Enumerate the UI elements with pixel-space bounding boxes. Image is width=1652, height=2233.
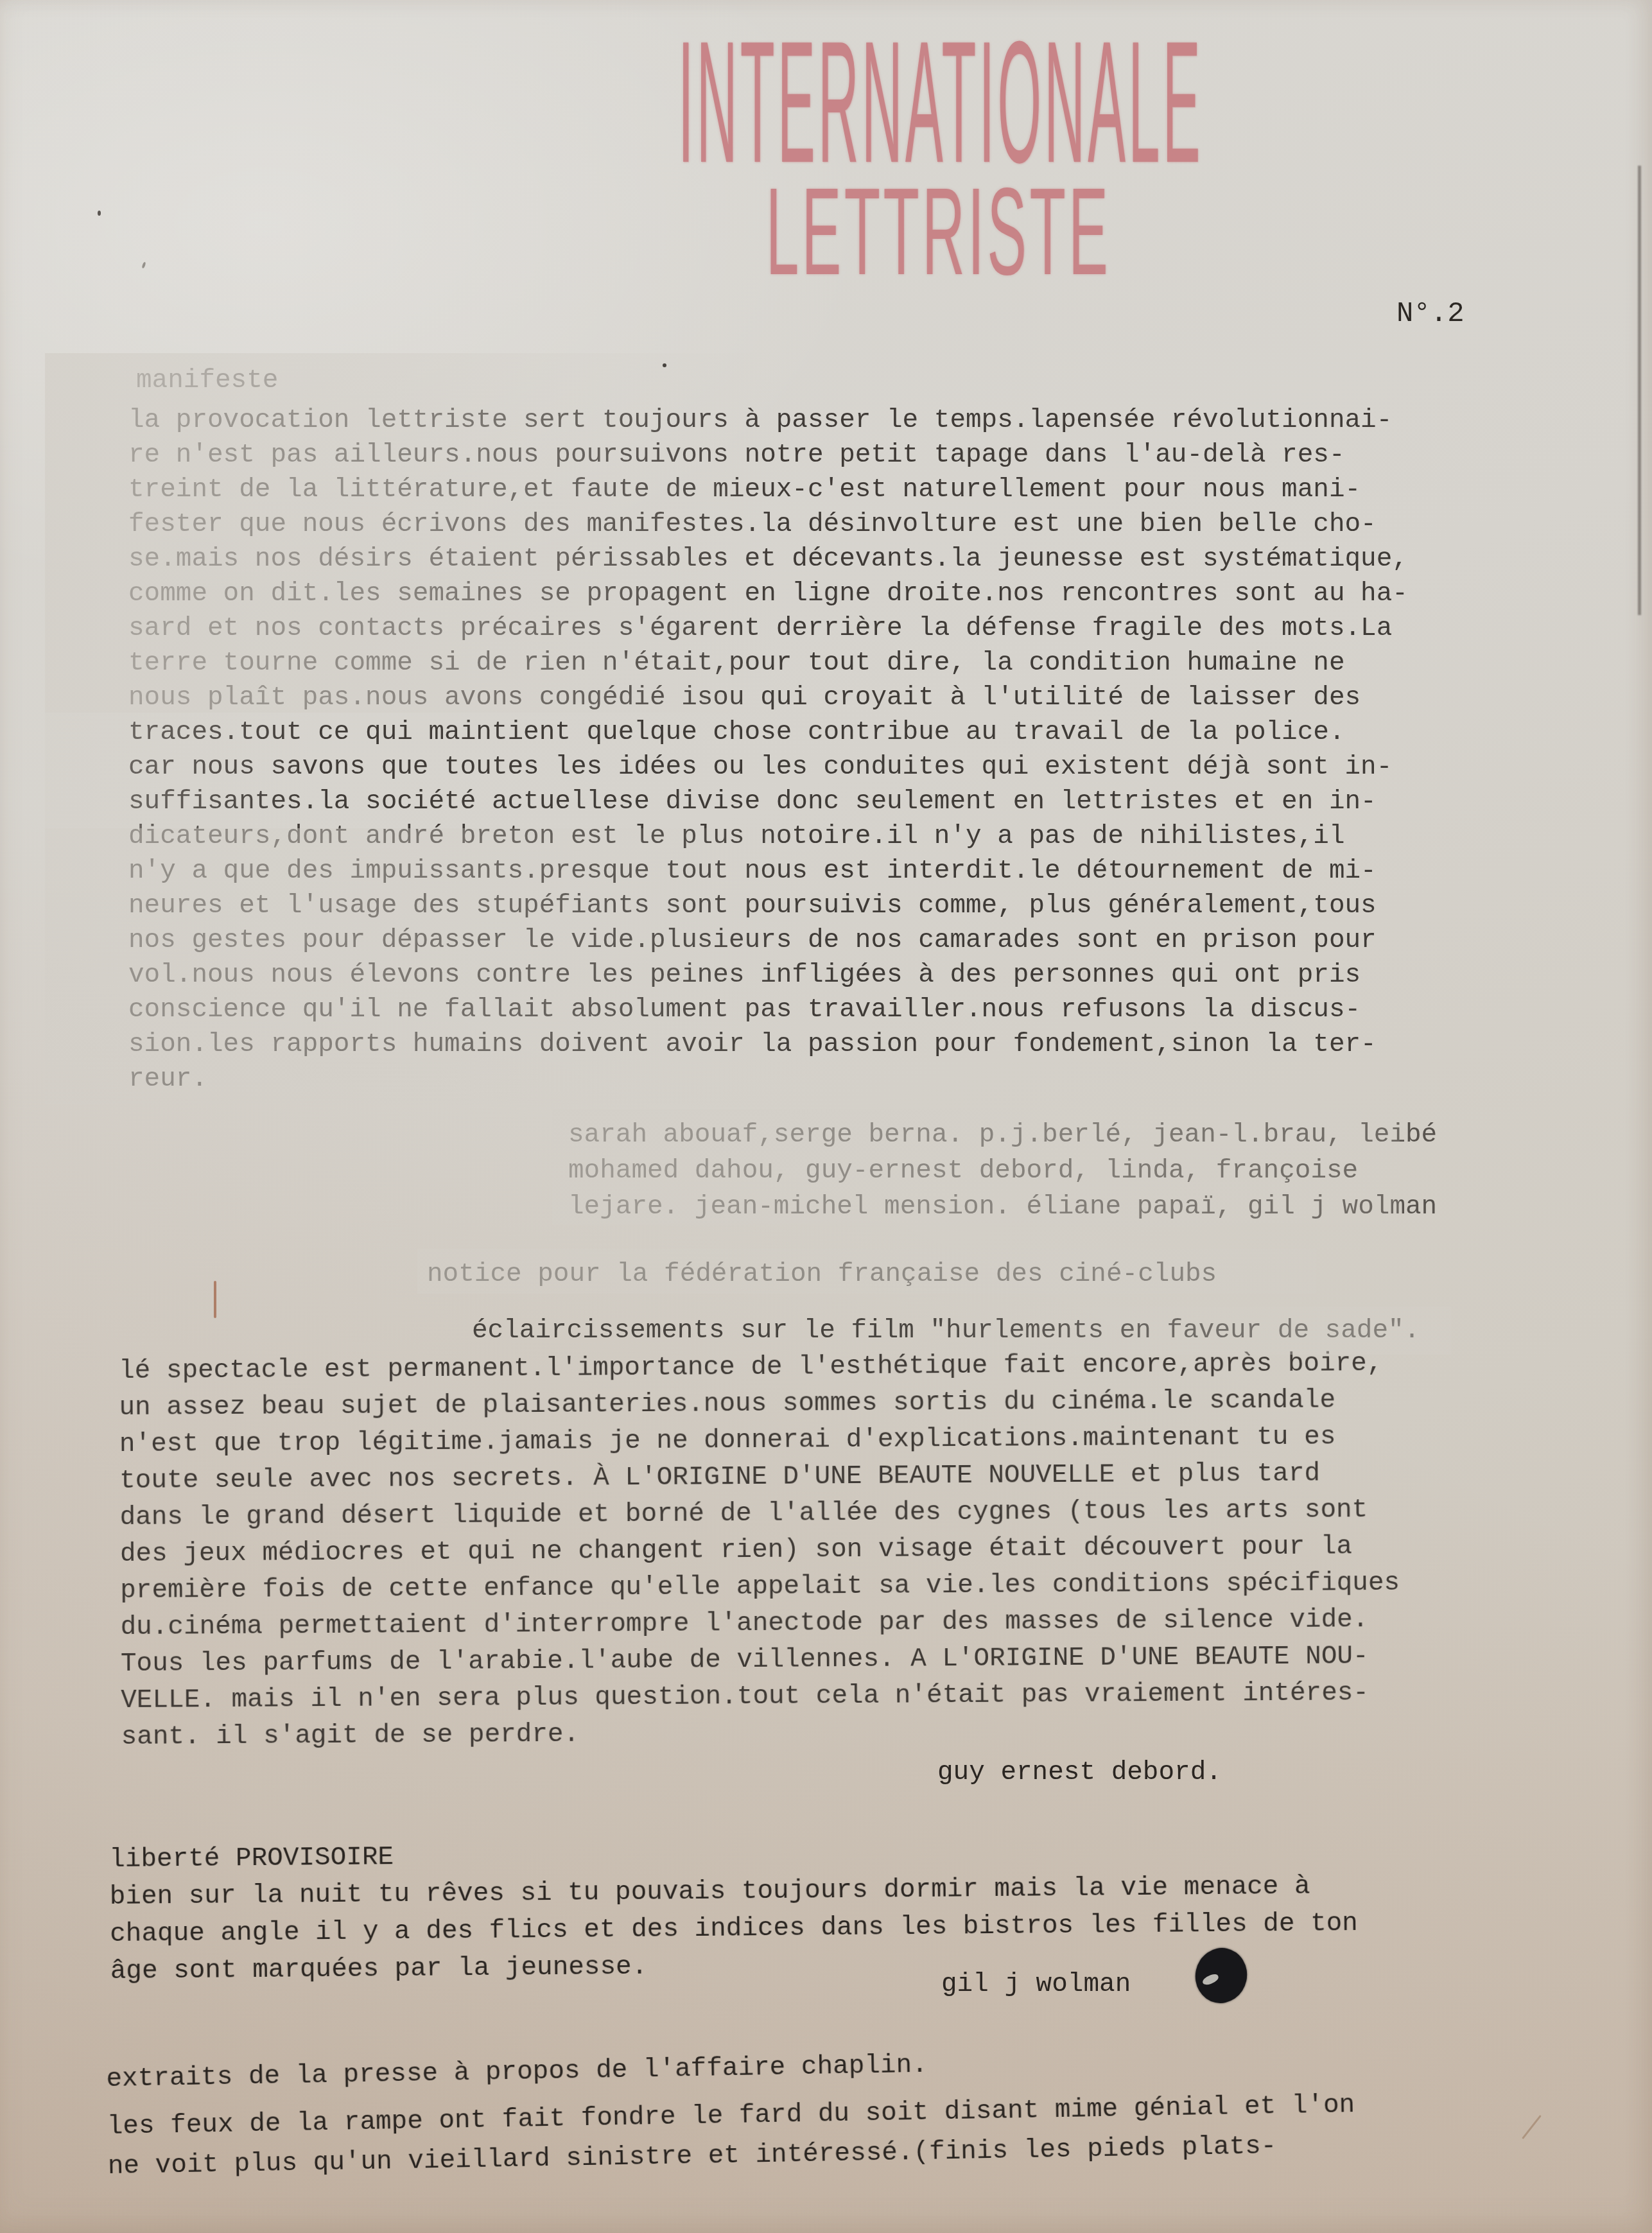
debord-signature: guy ernest debord. <box>937 1755 1222 1790</box>
manifesto-line: nos gestes pour dépasser le vide.plusieu… <box>128 923 1408 958</box>
signature-line: mohamed dahou, guy-ernest debord, linda,… <box>568 1153 1437 1189</box>
stamp-title-line2: LETTRISTE <box>766 160 1516 308</box>
manifesto-line: sard et nos contacts précaires s'égarent… <box>128 611 1408 646</box>
signature-line: sarah abouaf,serge berna. p.j.berlé, jea… <box>568 1117 1437 1153</box>
manifesto-line: nous plaît pas.nous avons congédié isou … <box>128 681 1408 715</box>
clarifications-section: lé spectacle est permanent.l'importance … <box>119 1346 1401 1756</box>
liberte-section: liberté PROVISOIRE bien sur la nuit tu r… <box>109 1830 1359 1990</box>
manifesto-line: treint de la littérature,et faute de mie… <box>128 473 1408 507</box>
manifesto-title: manifeste <box>128 363 1408 398</box>
stamp-title-line1: INTERNATIONALE <box>678 3 1652 151</box>
manifesto-line: re n'est pas ailleurs.nous poursuivons n… <box>128 438 1408 473</box>
manifesto-line: suffisantes.la société actuellese divise… <box>128 785 1408 819</box>
paper-fiber <box>1522 2115 1542 2139</box>
paper-speck <box>141 262 146 269</box>
signature-line: lejare. jean-michel mension. éliane papa… <box>568 1189 1437 1225</box>
manifesto-line: terre tourne comme si de rien n'était,po… <box>128 646 1408 681</box>
manifesto-line: n'y a que des impuissants.presque tout n… <box>128 854 1408 889</box>
manifesto-line: fester que nous écrivons des manifestes.… <box>128 507 1408 542</box>
manifesto-line: neures et l'usage des stupéfiants sont p… <box>128 889 1408 923</box>
manifesto-line: se.mais nos désirs étaient périssables e… <box>128 542 1408 577</box>
manifesto-line: la provocation lettriste sert toujours à… <box>128 403 1408 438</box>
paper-speck <box>663 363 666 367</box>
cine-clubs-notice: notice pour la fédération française des … <box>427 1257 1217 1292</box>
clarifications-heading: éclaircissements sur le film "hurlements… <box>472 1314 1420 1348</box>
ink-blot-highlight <box>1201 1973 1220 1986</box>
manifesto-section: manifeste la provocation lettriste sert … <box>128 363 1408 1097</box>
paper-speck <box>98 211 101 216</box>
manifesto-line: dicateurs,dont andré breton est le plus … <box>128 819 1408 854</box>
clarifications-line: VELLE. mais il n'en sera plus question.t… <box>121 1675 1400 1719</box>
wolman-signature: gil j wolman <box>941 1967 1131 2002</box>
manifesto-line: comme on dit.les semaines se propagent e… <box>128 577 1408 611</box>
manifesto-line: traces.tout ce qui maintient quelque cho… <box>128 715 1408 750</box>
manifesto-line: reur. <box>128 1062 1408 1097</box>
manifesto-line: vol.nous nous élevons contre les peines … <box>128 958 1408 993</box>
page-edge-shadow <box>1638 166 1641 615</box>
manifesto-line: sion.les rapports humains doivent avoir … <box>128 1027 1408 1062</box>
manifesto-line: car nous savons que toutes les idées ou … <box>128 750 1408 785</box>
manifesto-line: conscience qu'il ne fallait absolument p… <box>128 993 1408 1027</box>
extraits-section: extraits de la presse à propos de l'affa… <box>106 2038 1356 2187</box>
issue-number: N°.2 <box>1396 297 1465 331</box>
manifesto-signatures: sarah abouaf,serge berna. p.j.berlé, jea… <box>568 1117 1437 1225</box>
scanned-page: INTERNATIONALE LETTRISTE N°.2 manifeste … <box>0 0 1652 2233</box>
clarifications-line: sant. il s'agit de se perdre. <box>121 1712 1400 1756</box>
rust-scratch <box>214 1281 216 1318</box>
